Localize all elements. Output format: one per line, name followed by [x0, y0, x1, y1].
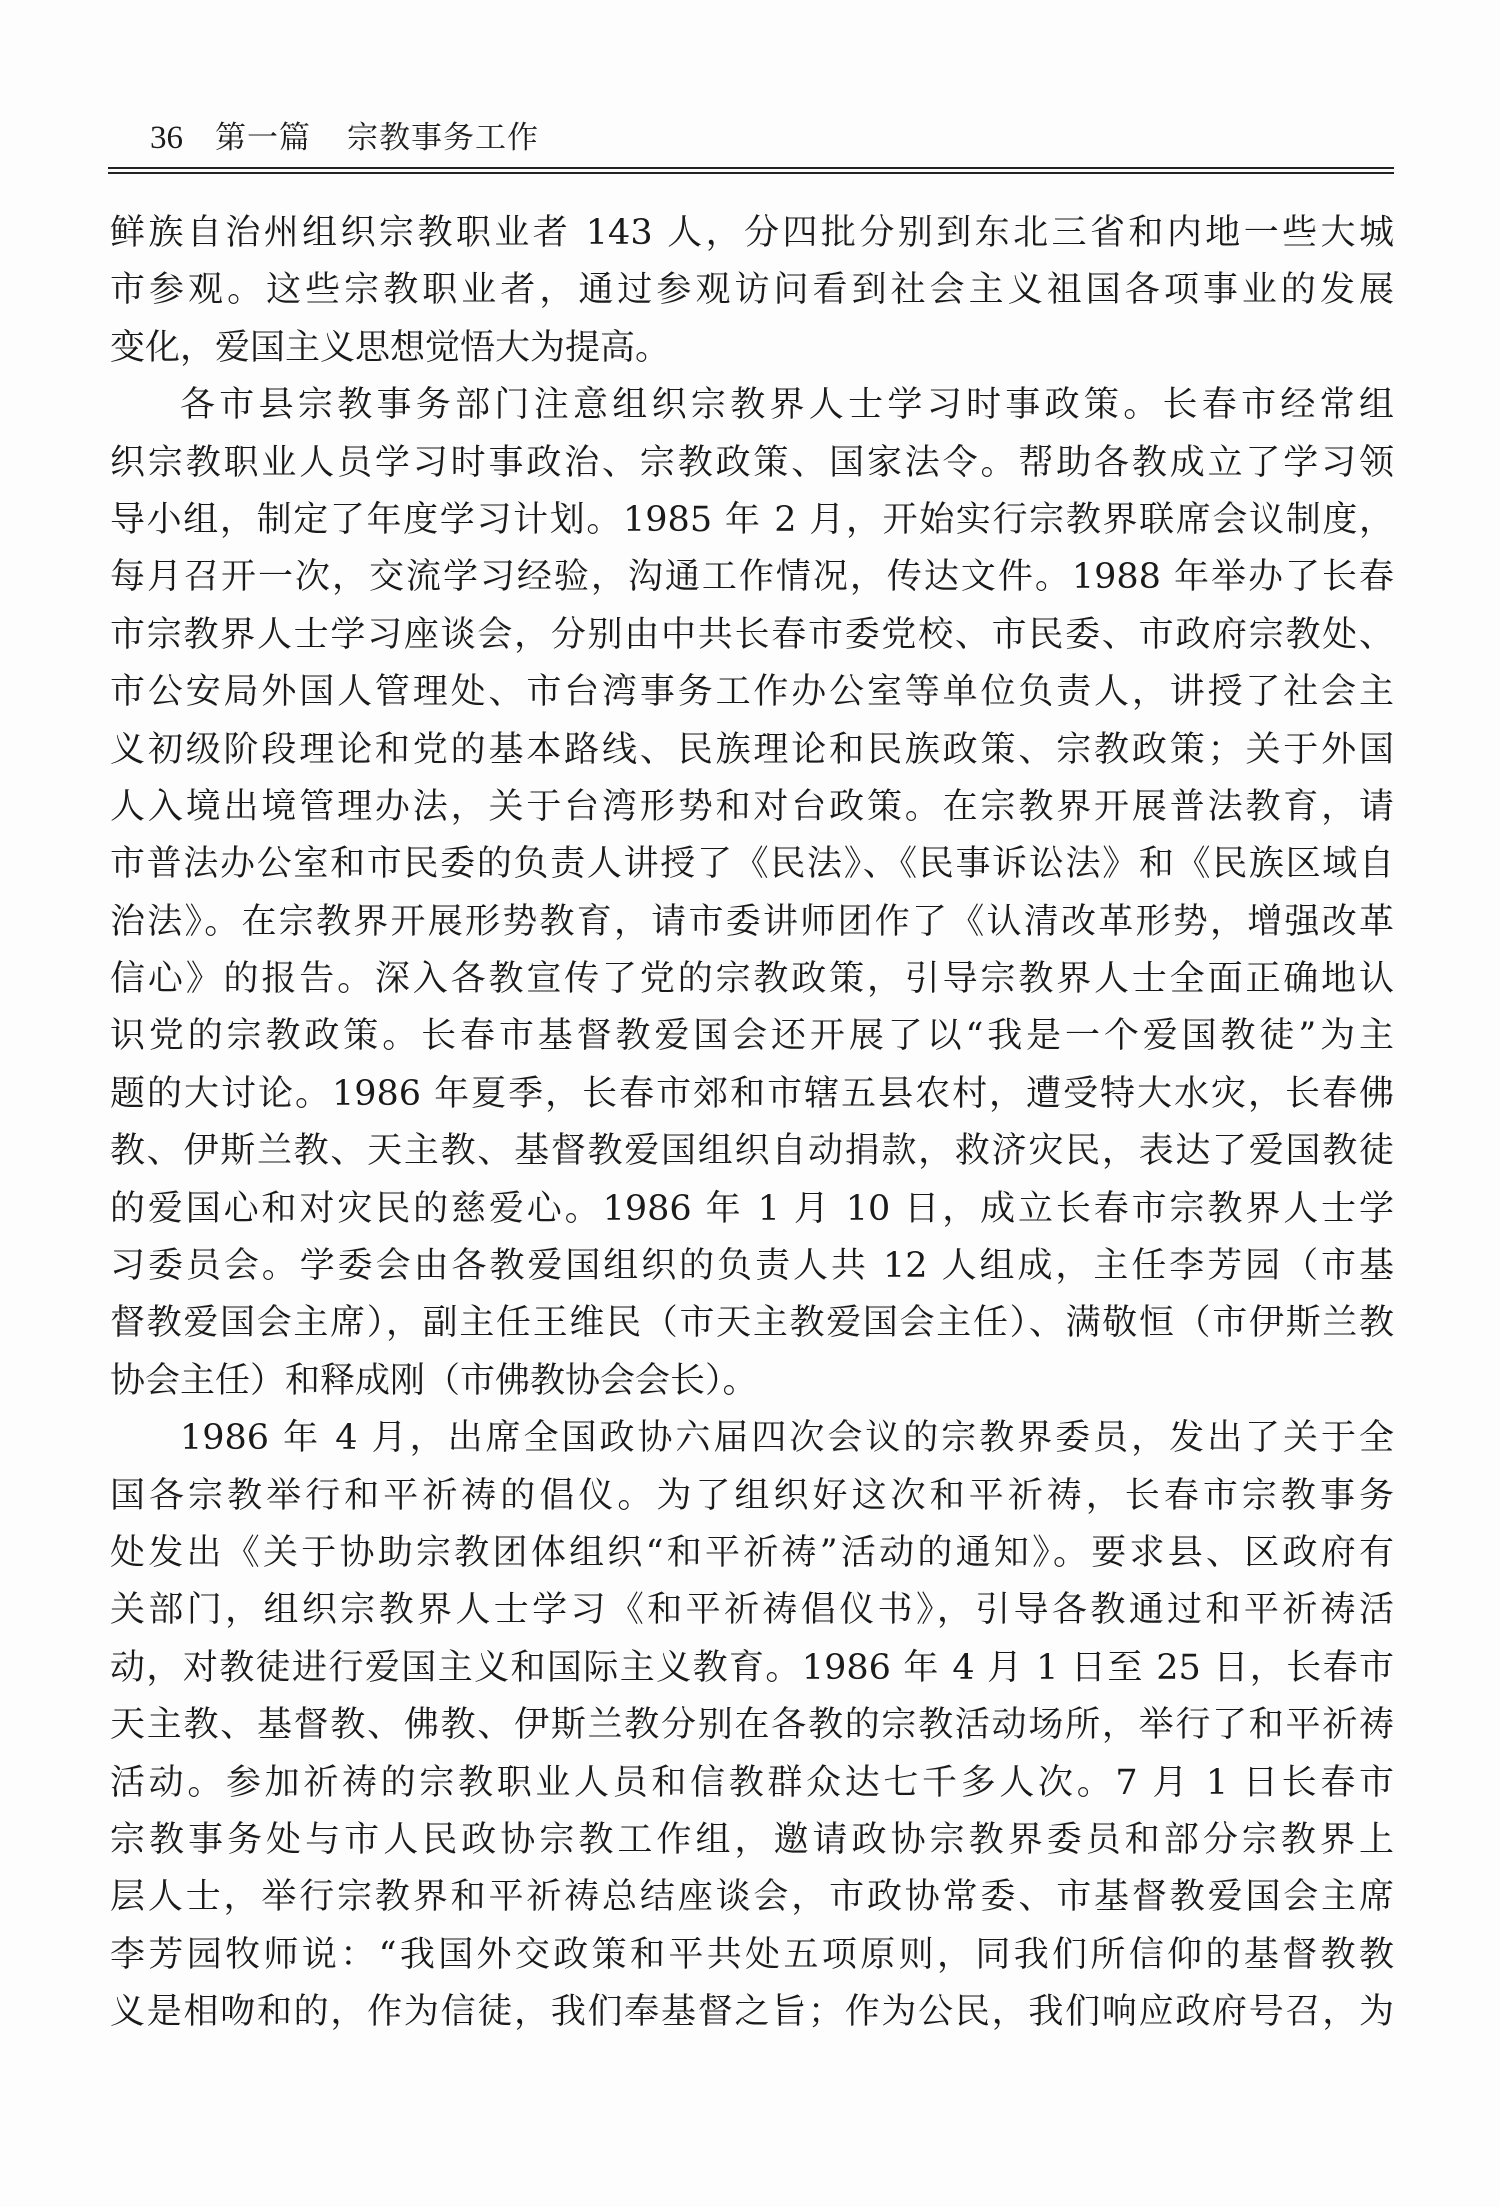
page-number: 36: [150, 118, 183, 158]
text-line: 市宗教界人士学习座谈会，分别由中共长春市委党校、市民委、市政府宗教处、: [110, 607, 1394, 664]
book-page: 36 第一篇 宗教事务工作 鲜族自治州组织宗教职业者 143 人，分四批分别到东…: [0, 0, 1500, 2207]
text-line: 协会主任）和释成刚（市佛教协会会长）。: [110, 1353, 1394, 1410]
text-line: 识党的宗教政策。长春市基督教爱国会还开展了以“我是一个爱国教徒”为主: [110, 1008, 1394, 1065]
text-line: 处发出《关于协助宗教团体组织“和平祈祷”活动的通知》。要求县、区政府有: [110, 1525, 1394, 1582]
text-line: 李芳园牧师说：“我国外交政策和平共处五项原则，同我们所信仰的基督教教: [110, 1927, 1394, 1984]
text-line: 市参观。这些宗教职业者，通过参观访问看到社会主义祖国各项事业的发展: [110, 262, 1394, 319]
chapter-title: 宗教事务工作: [347, 118, 539, 158]
text-line: 织宗教职业人员学习时事政治、宗教政策、国家法令。帮助各教成立了学习领: [110, 435, 1394, 492]
text-line: 的爱国心和对灾民的慈爱心。1986 年 1 月 10 日，成立长春市宗教界人士学: [110, 1181, 1394, 1238]
text-line: 题的大讨论。1986 年夏季，长春市郊和市辖五县农村，遭受特大水灾，长春佛: [110, 1066, 1394, 1123]
running-header: 36 第一篇 宗教事务工作: [150, 118, 539, 158]
text-line: 活动。参加祈祷的宗教职业人员和信教群众达七千多人次。7 月 1 日长春市: [110, 1755, 1394, 1812]
text-line: 宗教事务处与市人民政协宗教工作组，邀请政协宗教界委员和部分宗教界上: [110, 1812, 1394, 1869]
text-line: 市普法办公室和市民委的负责人讲授了《民法》、《民事诉讼法》和《民族区域自: [110, 836, 1394, 893]
text-line: 每月召开一次，交流学习经验，沟通工作情况，传达文件。1988 年举办了长春: [110, 549, 1394, 606]
text-line: 鲜族自治州组织宗教职业者 143 人，分四批分别到东北三省和内地一些大城: [110, 205, 1394, 262]
body-text: 鲜族自治州组织宗教职业者 143 人，分四批分别到东北三省和内地一些大城市参观。…: [110, 205, 1394, 2042]
text-line: 义是相吻和的，作为信徒，我们奉基督之旨；作为公民，我们响应政府号召，为: [110, 1984, 1394, 2041]
text-line: 督教爱国会主席），副主任王维民（市天主教爱国会主任）、满敬恒（市伊斯兰教: [110, 1295, 1394, 1352]
paragraph-first-line: 各市县宗教事务部门注意组织宗教界人士学习时事政策。长春市经常组: [110, 377, 1394, 434]
text-line: 市公安局外国人管理处、市台湾事务工作办公室等单位负责人，讲授了社会主: [110, 664, 1394, 721]
rule-line-top: [108, 167, 1394, 169]
text-line: 治法》。在宗教界开展形势教育，请市委讲师团作了《认清改革形势，增强改革: [110, 894, 1394, 951]
text-line: 关部门，组织宗教界人士学习《和平祈祷倡仪书》，引导各教通过和平祈祷活: [110, 1582, 1394, 1639]
text-line: 导小组，制定了年度学习计划。1985 年 2 月，开始实行宗教界联席会议制度，: [110, 492, 1394, 549]
text-line: 层人士，举行宗教界和平祈祷总结座谈会，市政协常委、市基督教爱国会主席: [110, 1869, 1394, 1926]
text-line: 习委员会。学委会由各教爱国组织的负责人共 12 人组成，主任李芳园（市基: [110, 1238, 1394, 1295]
text-line: 变化，爱国主义思想觉悟大为提高。: [110, 320, 1394, 377]
rule-line-bottom: [108, 172, 1394, 174]
text-line: 天主教、基督教、佛教、伊斯兰教分别在各教的宗教活动场所，举行了和平祈祷: [110, 1697, 1394, 1754]
part-title: 第一篇: [215, 118, 311, 158]
text-line: 信心》的报告。深入各教宣传了党的宗教政策，引导宗教界人士全面正确地认: [110, 951, 1394, 1008]
header-double-rule: [108, 167, 1394, 175]
paragraph-first-line: 1986 年 4 月，出席全国政协六届四次会议的宗教界委员，发出了关于全: [110, 1410, 1394, 1467]
text-line: 义初级阶段理论和党的基本路线、民族理论和民族政策、宗教政策；关于外国: [110, 722, 1394, 779]
text-line: 人入境出境管理办法，关于台湾形势和对台政策。在宗教界开展普法教育，请: [110, 779, 1394, 836]
text-line: 动，对教徒进行爱国主义和国际主义教育。1986 年 4 月 1 日至 25 日，…: [110, 1640, 1394, 1697]
text-line: 国各宗教举行和平祈祷的倡仪。为了组织好这次和平祈祷，长春市宗教事务: [110, 1468, 1394, 1525]
text-line: 教、伊斯兰教、天主教、基督教爱国组织自动捐款，救济灾民，表达了爱国教徒: [110, 1123, 1394, 1180]
